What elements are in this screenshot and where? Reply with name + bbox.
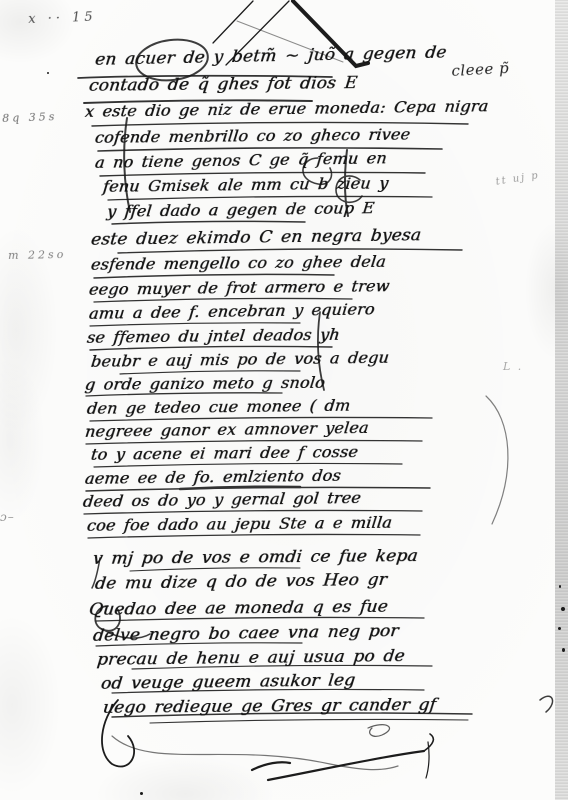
manuscript-line: od veuge gueem asukor leg — [100, 670, 356, 694]
manuscript-line: esfende mengello co zo ghee dela — [90, 252, 387, 274]
ink-speck — [562, 648, 565, 652]
manuscript-line: to y acene ei mari dee f cosse — [90, 442, 359, 464]
margin-annotation-left-3: ɔ– — [0, 510, 15, 524]
margin-annotation-left-1: 8q 35s — [2, 110, 58, 125]
ink-speck — [558, 627, 561, 630]
manuscript-line: coe foe dado au jepu Ste a e milla — [86, 513, 393, 535]
manuscript-line: fenu Gmisek ale mm cu b zieu y — [102, 174, 389, 197]
manuscript-line: cofende menbrillo co zo gheco rivee — [94, 125, 411, 147]
manuscript-line: Quedao dee ae moneda q es fue — [88, 597, 389, 620]
ink-speck — [140, 792, 143, 795]
manuscript-line: den ge tedeo cue monee ( dm — [86, 396, 351, 418]
folio-mark: x ·· 15 — [28, 10, 97, 27]
manuscript-line: negreee ganor ex amnover yelea — [84, 418, 370, 441]
manuscript-line: contado de q̃ ghes fot dios E — [88, 73, 359, 96]
manuscript-line: g orde ganizo meto g snolo — [84, 373, 326, 394]
manuscript-line: uego rediegue ge Gres gr cander gf — [102, 695, 437, 718]
margin-annotation-left-2: m 22so — [8, 248, 66, 262]
manuscript-line: precau de henu e auj usua po de — [96, 646, 406, 670]
manuscript-line: eego muyer de frot armero e trew — [88, 276, 391, 299]
manuscript-line: deed os do yo y gernal gol tree — [82, 488, 362, 511]
ink-speck — [47, 72, 49, 74]
manuscript-page: x ·· 15 8q 35s m 22so ɔ– cleee p̃ tt uj … — [0, 0, 568, 800]
manuscript-line: v mj po de vos e omdi ce fue kepa — [92, 546, 419, 569]
manuscript-line: y ffel dado a gegen de coup E — [106, 198, 375, 221]
ink-speck — [561, 607, 565, 611]
manuscript-line: de mu dize q do de vos Heo gr — [94, 570, 388, 594]
margin-annotation-right-3: L . — [503, 360, 523, 373]
margin-annotation-right-1: cleee p̃ — [451, 59, 510, 80]
manuscript-line: aeme ee de fo. emlziento dos — [84, 466, 342, 488]
manuscript-line: se ffemeo du jntel deados yh — [86, 325, 341, 347]
ink-speck — [559, 585, 561, 588]
